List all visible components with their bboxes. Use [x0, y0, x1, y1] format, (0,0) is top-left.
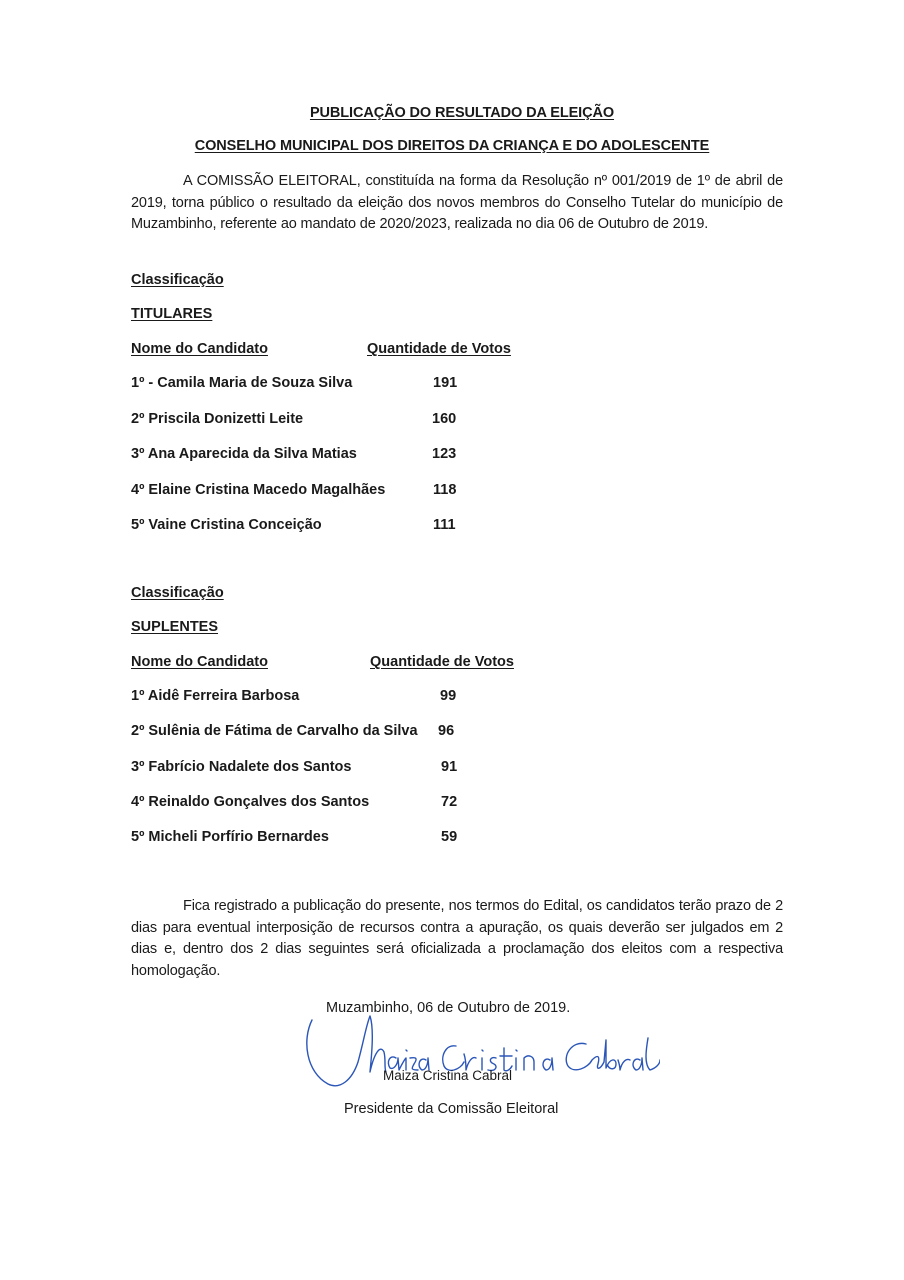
table-row-name: 1º Aidê Ferreira Barbosa: [131, 688, 299, 704]
table-row-votes: 191: [433, 375, 457, 391]
suplentes-classification-label: Classificação: [131, 585, 224, 601]
document-page: PUBLICAÇÃO DO RESULTADO DA ELEIÇÃO CONSE…: [0, 0, 904, 1280]
closing-paragraph: Fica registrado a publicação do presente…: [131, 896, 783, 982]
table-row-name: 4º Reinaldo Gonçalves dos Santos: [131, 794, 369, 810]
table-row-votes: 96: [438, 723, 454, 739]
table-row-name: 3º Fabrício Nadalete dos Santos: [131, 759, 351, 775]
table-row-name: 2º Sulênia de Fátima de Carvalho da Silv…: [131, 723, 418, 739]
titulares-section-label: TITULARES: [131, 306, 212, 322]
table-row-name: 4º Elaine Cristina Macedo Magalhães: [131, 482, 385, 498]
table-row-name: 2º Priscila Donizetti Leite: [131, 411, 303, 427]
titulares-classification-label: Classificação: [131, 272, 224, 288]
table-row-name: 3º Ana Aparecida da Silva Matias: [131, 446, 357, 462]
table-row-name: 5º Micheli Porfírio Bernardes: [131, 829, 329, 845]
table-row-votes: 72: [441, 794, 457, 810]
table-row-votes: 99: [440, 688, 456, 704]
intro-paragraph: A COMISSÃO ELEITORAL, constituída na for…: [131, 171, 783, 236]
document-subtitle: CONSELHO MUNICIPAL DOS DIREITOS DA CRIAN…: [0, 138, 904, 154]
signer-role: Presidente da Comissão Eleitoral: [344, 1101, 558, 1117]
table-row-votes: 160: [432, 411, 456, 427]
table-row-votes: 118: [433, 482, 456, 498]
document-title: PUBLICAÇÃO DO RESULTADO DA ELEIÇÃO: [0, 105, 904, 121]
table-row-name: 1º - Camila Maria de Souza Silva: [131, 375, 352, 391]
suplentes-col-votes: Quantidade de Votos: [370, 654, 514, 670]
signer-name: Maiza Cristina Cabral: [383, 1068, 512, 1083]
table-row-name: 5º Vaine Cristina Conceição: [131, 517, 322, 533]
titulares-col-votes: Quantidade de Votos: [367, 341, 511, 357]
table-row-votes: 111: [433, 517, 456, 533]
suplentes-section-label: SUPLENTES: [131, 619, 218, 635]
titulares-col-name: Nome do Candidato: [131, 341, 268, 357]
table-row-votes: 123: [432, 446, 456, 462]
table-row-votes: 59: [441, 829, 457, 845]
suplentes-col-name: Nome do Candidato: [131, 654, 268, 670]
table-row-votes: 91: [441, 759, 457, 775]
